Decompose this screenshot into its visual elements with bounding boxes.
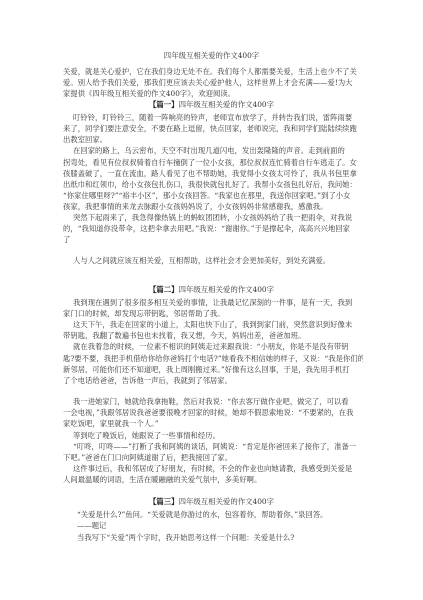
paragraph-line: 等到吃了晚饭后，她跟说了一些事情和经历。 xyxy=(73,431,363,441)
paragraph-line: 出纸巾和红领巾，给小女孩包扎伤口，我很快就包扎好了。我帮小女孩包扎好后，我问她： xyxy=(63,180,363,190)
section-heading-1: 【篇一】四年级互相关爱的作文400字 xyxy=(0,100,423,110)
paragraph-line: 我一进她家门，她就给我拿拖鞋，然后对我说：“你去客厅做作业吧，做完了，可以看 xyxy=(73,397,363,407)
section-label: 【篇三】 xyxy=(149,497,179,506)
paragraph-line: 在回家的路上，乌云密布，天空不时出现几道闪电，发出轰隆隆的声音。走到前面的 xyxy=(73,146,363,156)
section-label: 【篇一】 xyxy=(149,100,179,109)
paragraph-line: 的，“我知道你没带伞，这把伞拿去用吧。”我说：“谢谢你。”于是撑起伞，高高兴兴地… xyxy=(63,224,363,234)
document-page: 四年级互相关爱的作文400字 关爱，就是关心爱护，它在我们身边无处不在。我们每个… xyxy=(0,0,423,600)
paragraph-line: 了个电话给爸爸，告诉他一声后，我就到了邻居家。 xyxy=(63,376,363,386)
intro-line: 家提供《四年级互相关爱的作文400字》，欢迎阅读。 xyxy=(63,89,363,99)
paragraph-line: 来了，同学们要注意安全，不要在路上逗留，快点回家，老师说完，我和同学们陆陆续续跑 xyxy=(63,124,363,134)
paragraph-line: 就在我着急的时候，一位素不相识的阿姨走过来跟我说：“小朋友，你是不是没有带钥 xyxy=(73,342,363,352)
section-label: 【篇二】 xyxy=(149,285,179,294)
section-heading-3: 【篇三】四年级互相关爱的作文400字 xyxy=(0,497,423,507)
paragraph-line: 匙?要不要，我把手机借给你给你爸妈打个电话?”她看我不相信她的样子，又说：“我是… xyxy=(63,354,363,364)
paragraph-line: 孩膝盖破了，一直在流血，路人看见了也不帮助她，我觉得小女孩太可怜了，我从书包里拿 xyxy=(63,169,363,179)
paragraph-line: 新邻居，可能你们还不知道吧，我上周刚搬过来。”好像有这么回事，于是，我先用手机打 xyxy=(63,365,363,375)
paragraph-line: “你家住哪里呀?”“裕丰小区”，那小女孩回答。“我家也在那里，我送你回家吧。”到… xyxy=(63,191,363,201)
paragraph-line: “关爱是什么?”鱼问。“关爱就是你游过的水，包容着你，帮助着你。”泉回答。 xyxy=(77,510,377,520)
paragraph-line: 孩家，我把事情的来龙去脉跟小女孩妈妈说了，小女孩妈妈非常感谢我，感激我。 xyxy=(63,202,363,212)
intro-line: 关爱，就是关心爱护，它在我们身边无处不在。我们每个人都需要关爱，生活上也少不了关 xyxy=(63,67,363,77)
paragraph-line: 这天下午，我走在回家的小道上，太阳也快下山了，我到到家门前，突然意识到好像未 xyxy=(73,320,363,330)
paragraph-line: 我到现在遇到了很多很多相互关爱的事情，让我最记忆深刻的一件事，是有一天，我到 xyxy=(73,298,363,308)
section-heading-text: 四年级互相关爱的作文400字 xyxy=(179,497,274,506)
section-heading-2: 【篇二】四年级互相关爱的作文400字 xyxy=(0,285,423,295)
paragraph-line: 家门口的时候，却发现忘带钥匙，邻居帮助了我。 xyxy=(63,309,363,319)
paragraph-line: 当我写下“关爱”两个字时，我开始思考这样一个问题：关爱是什么? xyxy=(77,533,377,543)
paragraph-line: 拐弯处，看见有位叔叔骑着自行车撞倒了一位小女孩，那位叔叔连忙骑着自行车逃走了。女 xyxy=(63,158,363,168)
paragraph-line: 叮铃铃，叮铃铃三，随着一阵响亮的铃声，老师宣布放学了，并转告我们说，雷阵雨要 xyxy=(73,113,363,123)
paragraph-line: 了 xyxy=(63,235,363,245)
section-heading-text: 四年级互相关爱的作文400字 xyxy=(179,285,274,294)
paragraph-line: 人间最温暖的词语，生活在暖融融的关爱气氛中，多美好啊。 xyxy=(63,475,363,485)
paragraph-line: 家吃饭吧，家里就我一个人。” xyxy=(63,419,363,429)
paragraph-line: 突然下起雨来了，我急得像热锅上的蚂蚁团团转，小女孩妈妈给了我一把雨伞，对我说 xyxy=(73,213,363,223)
paragraph-line: 人与人之间就应该互相关爱，互相帮助，这样社会才会更加美好，到处充满爱。 xyxy=(73,256,363,266)
epigraph-attribution: ——题记 xyxy=(77,521,377,531)
section-heading-text: 四年级互相关爱的作文400字 xyxy=(179,100,274,109)
intro-line: 爱。别人给予我们关爱，那我们更应该去关心爱护他人，这样世界上才会充满——爱!为大 xyxy=(63,78,363,88)
paragraph-line: 带钥匙，我翻了数遍书包也未找着，我又想，今天，妈妈出差，爸爸加班。 xyxy=(63,331,363,341)
document-title: 四年级互相关爱的作文400字 xyxy=(0,51,423,61)
paragraph-line: 这件事过后，我和邻居成了好朋友，有时候，不会的作业也向她请教，我感受到关爱是 xyxy=(73,464,363,474)
paragraph-line: 出教室回家。 xyxy=(63,135,363,145)
paragraph-line: 下吧。”爸爸在门口向阿姨道谢了后，把我接回了家。 xyxy=(63,453,363,463)
paragraph-line: 一会电视，”我跟邻居说我爸爸要很晚才回家的时候，她却不假思索地说：“不要紧的，在… xyxy=(63,408,363,418)
paragraph-line: “叮咚，叮咚——”打断了我和阿姨的谈话，阿姨说：“肯定是你爸回来了接你了，准备一 xyxy=(73,442,363,452)
